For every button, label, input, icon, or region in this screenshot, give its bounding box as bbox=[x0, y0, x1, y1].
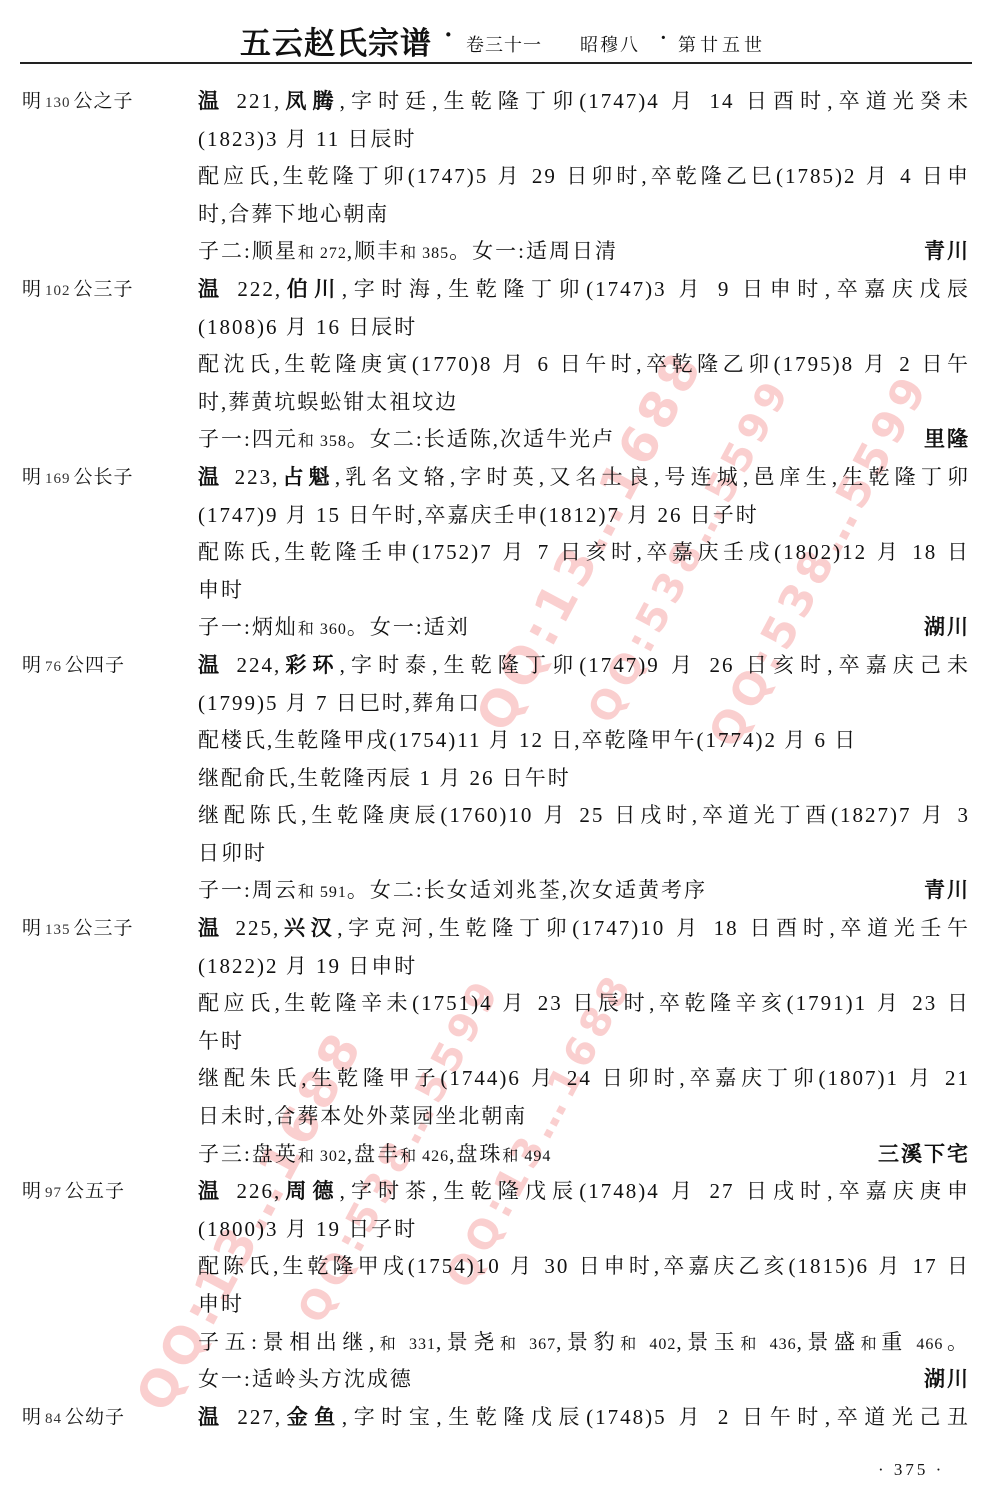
record-text: 子三:盘英和 302,盘丰和 426,盘珠和 494 bbox=[198, 1136, 551, 1176]
record-line: 子二:顺星和 272,顺丰和 385。女一:适周日清青川 bbox=[198, 233, 970, 271]
record-text: 配楼氏,生乾隆甲戌(1754)11 月 12 日,卒乾隆甲午(1774)2 月 … bbox=[198, 728, 857, 752]
record-line: 温 226,周德,字时茶,生乾隆戊辰(1748)4 月 27 日戌时,卒嘉庆庚申 bbox=[198, 1173, 970, 1211]
text-segment: ,顺丰 bbox=[347, 239, 400, 263]
text-segment: 配陈氏,生乾隆壬申(1752)7 月 7 日亥时,卒嘉庆壬戌(1802)12 月… bbox=[198, 540, 970, 564]
record-text: 温 221,凤腾,字时廷,生乾隆丁卯(1747)4 月 14 日酉时,卒道光癸未 bbox=[198, 89, 970, 113]
residence-location: 湖川 bbox=[924, 609, 970, 647]
text-segment: 子二:顺星 bbox=[198, 239, 298, 263]
record-text: 温 227,金鱼,字时宝,生乾隆戊辰(1748)5 月 2 日午时,卒道光己丑 bbox=[198, 1405, 970, 1429]
record-line: 配沈氏,生乾隆庚寅(1770)8 月 6 日午时,卒乾隆乙卯(1795)8 月 … bbox=[198, 346, 970, 384]
parent-label: 明102公三子 bbox=[22, 271, 134, 309]
parent-generation-char: 明 bbox=[22, 918, 42, 939]
text-segment: 221, bbox=[225, 89, 281, 113]
parent-number: 169 bbox=[45, 471, 71, 487]
descendant-number: 和 358 bbox=[298, 433, 347, 450]
residence-location: 三溪下宅 bbox=[878, 1136, 970, 1174]
record-line: 配应氏,生乾隆丁卯(1747)5 月 29 日卯时,卒乾隆乙巳(1785)2 月… bbox=[198, 158, 970, 196]
descendant-number: 和 402 bbox=[620, 1336, 676, 1353]
record-line: 女一:适岭头方沈成德湖川 bbox=[198, 1361, 970, 1399]
text-segment: ,景玉 bbox=[676, 1330, 740, 1354]
record-text: 子五:景相出继,和 331,景尧和 367,景豹和 402,景玉和 436,景盛… bbox=[198, 1330, 970, 1354]
person-name: 占魁 bbox=[279, 465, 335, 489]
record-text: 时,葬黄坑蜈蚣钳太祖坟边 bbox=[198, 390, 458, 414]
record-line: 子一:四元和 358。女二:长适陈,次适牛光卢里隆 bbox=[198, 421, 970, 459]
residence-location: 湖川 bbox=[924, 1361, 970, 1399]
text-segment: ,字时茶,生乾隆戊辰(1748)4 月 27 日戌时,卒嘉庆庚申 bbox=[340, 1179, 970, 1203]
text-segment: 。女一:适刘 bbox=[347, 615, 470, 639]
text-segment: 时,合葬下地心朝南 bbox=[198, 202, 389, 226]
record-line: (1800)3 月 19 日子时 bbox=[198, 1211, 970, 1249]
text-segment: (1799)5 月 7 日巳时,葬角口 bbox=[198, 691, 481, 715]
parent-generation-char: 明 bbox=[22, 1181, 42, 1202]
descendant-number: 和 385 bbox=[400, 245, 449, 262]
record-text: 配陈氏,生乾隆壬申(1752)7 月 7 日亥时,卒嘉庆壬戌(1802)12 月… bbox=[198, 540, 970, 564]
record-text: 配应氏,生乾隆辛未(1751)4 月 23 日辰时,卒乾隆辛亥(1791)1 月… bbox=[198, 991, 970, 1015]
record-text: 配陈氏,生乾隆甲戌(1754)10 月 30 日申时,卒嘉庆乙亥(1815)6 … bbox=[198, 1254, 970, 1278]
text-segment: 申时 bbox=[198, 1292, 244, 1316]
running-header: 五云赵氏宗谱 · 卷三十一 昭穆八 · 第廿五世 bbox=[0, 0, 992, 64]
record-text: 子一:周云和 591。女二:长女适刘兆荃,次女适黄考序 bbox=[198, 872, 707, 912]
record-text: (1800)3 月 19 日子时 bbox=[198, 1217, 417, 1241]
text-segment: (1747)9 月 15 日午时,卒嘉庆壬申(1812)7 月 26 日子时 bbox=[198, 503, 759, 527]
descendant-number: 和 367 bbox=[500, 1336, 556, 1353]
record-line: 继配俞氏,生乾隆丙辰 1 月 26 日午时 bbox=[198, 760, 970, 798]
text-segment: 226, bbox=[225, 1179, 281, 1203]
record-line: 温 222,伯川,字时海,生乾隆丁卯(1747)3 月 9 日申时,卒嘉庆戊辰 bbox=[198, 271, 970, 309]
text-segment: 223, bbox=[224, 465, 279, 489]
record-text: 配沈氏,生乾隆庚寅(1770)8 月 6 日午时,卒乾隆乙卯(1795)8 月 … bbox=[198, 352, 970, 376]
genealogy-entry: 明76公四子温 224,彩环,字时泰,生乾隆丁卯(1747)9 月 26 日亥时… bbox=[0, 647, 992, 910]
residence-location: 里隆 bbox=[924, 421, 970, 459]
text-segment: 配应氏,生乾隆辛未(1751)4 月 23 日辰时,卒乾隆辛亥(1791)1 月… bbox=[198, 991, 970, 1015]
record-text: 继配陈氏,生乾隆庚辰(1760)10 月 25 日戌时,卒道光丁酉(1827)7… bbox=[198, 803, 970, 827]
record-text: 子二:顺星和 272,顺丰和 385。女一:适周日清 bbox=[198, 233, 618, 273]
book-title: 五云赵氏宗谱 bbox=[240, 18, 432, 63]
person-name: 温 bbox=[198, 916, 225, 940]
text-segment: 日卯时 bbox=[198, 841, 267, 865]
text-segment: ,字时宝,生乾隆戊辰(1748)5 月 2 日午时,卒道光己丑 bbox=[342, 1405, 970, 1429]
record-text: 申时 bbox=[198, 578, 244, 602]
record-line: 时,葬黄坑蜈蚣钳太祖坟边 bbox=[198, 384, 970, 422]
record-text: 午时 bbox=[198, 1029, 244, 1053]
descendant-number: 466 bbox=[908, 1336, 944, 1353]
record-text: (1822)2 月 19 日申时 bbox=[198, 954, 417, 978]
parent-number: 102 bbox=[45, 283, 71, 299]
parent-relation: 公四子 bbox=[65, 655, 125, 676]
person-name: 彩环 bbox=[281, 653, 339, 677]
text-segment: (1800)3 月 19 日子时 bbox=[198, 1217, 417, 1241]
record-text: 配应氏,生乾隆丁卯(1747)5 月 29 日卯时,卒乾隆乙巳(1785)2 月… bbox=[198, 164, 970, 188]
person-name: 伯川 bbox=[282, 277, 342, 301]
parent-relation: 公之子 bbox=[74, 91, 134, 112]
record-line: 继配朱氏,生乾隆甲子(1744)6 月 24 日卯时,卒嘉庆丁卯(1807)1 … bbox=[198, 1060, 970, 1098]
parent-generation-char: 明 bbox=[22, 279, 42, 300]
text-segment: ,景豹 bbox=[556, 1330, 620, 1354]
record-line: 温 225,兴汉,字克河,生乾隆丁卯(1747)10 月 18 日酉时,卒道光壬… bbox=[198, 910, 970, 948]
parent-label: 明130公之子 bbox=[22, 83, 134, 121]
parent-label: 明76公四子 bbox=[22, 647, 125, 685]
text-segment: 时,葬黄坑蜈蚣钳太祖坟边 bbox=[198, 390, 458, 414]
page-number: · 375 · bbox=[878, 1460, 944, 1480]
parent-relation: 公三子 bbox=[74, 279, 134, 300]
text-segment: ,字时泰,生乾隆丁卯(1747)9 月 26 日亥时,卒嘉庆己未 bbox=[340, 653, 970, 677]
descendant-number: 和 360 bbox=[298, 621, 347, 638]
parent-number: 84 bbox=[45, 1411, 62, 1427]
text-segment: (1808)6 月 16 日辰时 bbox=[198, 315, 417, 339]
text-segment: ,景尧 bbox=[436, 1330, 500, 1354]
parent-relation: 公幼子 bbox=[65, 1407, 125, 1428]
text-segment: 子一:四元 bbox=[198, 427, 298, 451]
text-segment: 配陈氏,生乾隆甲戌(1754)10 月 30 日申时,卒嘉庆乙亥(1815)6 … bbox=[198, 1254, 970, 1278]
residence-location: 青川 bbox=[924, 872, 970, 910]
record-line: 时,合葬下地心朝南 bbox=[198, 196, 970, 234]
text-segment: ,盘丰 bbox=[347, 1142, 400, 1166]
person-name: 金鱼 bbox=[282, 1405, 342, 1429]
record-text: 温 224,彩环,字时泰,生乾隆丁卯(1747)9 月 26 日亥时,卒嘉庆己未 bbox=[198, 653, 970, 677]
section-label: 昭穆八 bbox=[580, 31, 640, 57]
parent-label: 明84公幼子 bbox=[22, 1399, 125, 1437]
person-name: 温 bbox=[198, 653, 225, 677]
record-text: 子一:炳灿和 360。女一:适刘 bbox=[198, 609, 470, 649]
descendant-number: 和 426 bbox=[400, 1148, 449, 1165]
text-segment: 222, bbox=[226, 277, 283, 301]
record-line: 配楼氏,生乾隆甲戌(1754)11 月 12 日,卒乾隆甲午(1774)2 月 … bbox=[198, 722, 970, 760]
record-line: 配陈氏,生乾隆壬申(1752)7 月 7 日亥时,卒嘉庆壬戌(1802)12 月… bbox=[198, 534, 970, 572]
record-line: 配陈氏,生乾隆甲戌(1754)10 月 30 日申时,卒嘉庆乙亥(1815)6 … bbox=[198, 1248, 970, 1286]
record-text: 子一:四元和 358。女二:长适陈,次适牛光卢 bbox=[198, 421, 615, 461]
record-line: 子三:盘英和 302,盘丰和 426,盘珠和 494三溪下宅 bbox=[198, 1136, 970, 1174]
record-text: 温 226,周德,字时茶,生乾隆戊辰(1748)4 月 27 日戌时,卒嘉庆庚申 bbox=[198, 1179, 970, 1203]
generation-label: 第廿五世 bbox=[678, 31, 766, 57]
text-segment: 继配陈氏,生乾隆庚辰(1760)10 月 25 日戌时,卒道光丁酉(1827)7… bbox=[198, 803, 970, 827]
record-line: 子五:景相出继,和 331,景尧和 367,景豹和 402,景玉和 436,景盛… bbox=[198, 1324, 970, 1362]
record-line: 午时 bbox=[198, 1023, 970, 1061]
person-name: 温 bbox=[198, 89, 225, 113]
person-name: 周德 bbox=[281, 1179, 339, 1203]
header-separator: · bbox=[444, 20, 453, 50]
person-name: 温 bbox=[198, 1405, 226, 1429]
parent-label: 明97公五子 bbox=[22, 1173, 125, 1211]
record-line: (1823)3 月 11 日辰时 bbox=[198, 121, 970, 159]
parent-generation-char: 明 bbox=[22, 1407, 42, 1428]
parent-number: 97 bbox=[45, 1185, 62, 1201]
text-segment: ,盘珠 bbox=[449, 1142, 502, 1166]
text-segment: 配应氏,生乾隆丁卯(1747)5 月 29 日卯时,卒乾隆乙巳(1785)2 月… bbox=[198, 164, 970, 188]
record-text: 温 222,伯川,字时海,生乾隆丁卯(1747)3 月 9 日申时,卒嘉庆戊辰 bbox=[198, 277, 970, 301]
person-name: 凤腾 bbox=[281, 89, 339, 113]
record-text: 女一:适岭头方沈成德 bbox=[198, 1361, 413, 1399]
record-line: 日卯时 bbox=[198, 835, 970, 873]
record-text: (1823)3 月 11 日辰时 bbox=[198, 127, 416, 151]
record-text: (1808)6 月 16 日辰时 bbox=[198, 315, 417, 339]
text-segment: 子一:周云 bbox=[198, 878, 298, 902]
text-segment: ,乳名文辂,字时英,又名士良,号连城,邑庠生,生乾隆丁卯 bbox=[335, 465, 970, 489]
parent-relation: 公五子 bbox=[65, 1181, 125, 1202]
text-segment: (1822)2 月 19 日申时 bbox=[198, 954, 417, 978]
parent-number: 130 bbox=[45, 95, 71, 111]
person-name: 温 bbox=[198, 465, 224, 489]
text-segment: 。女一:适周日清 bbox=[449, 239, 618, 263]
record-line: 日未时,合葬本处外菜园坐北朝南 bbox=[198, 1098, 970, 1136]
record-line: 申时 bbox=[198, 572, 970, 610]
record-line: 申时 bbox=[198, 1286, 970, 1324]
parent-relation: 公三子 bbox=[74, 918, 134, 939]
parent-generation-char: 明 bbox=[22, 91, 42, 112]
text-segment: 。女二:长适陈,次适牛光卢 bbox=[347, 427, 615, 451]
genealogy-entry: 明130公之子温 221,凤腾,字时廷,生乾隆丁卯(1747)4 月 14 日酉… bbox=[0, 83, 992, 271]
text-segment: 午时 bbox=[198, 1029, 244, 1053]
record-line: 温 224,彩环,字时泰,生乾隆丁卯(1747)9 月 26 日亥时,卒嘉庆己未 bbox=[198, 647, 970, 685]
person-name: 温 bbox=[198, 1179, 225, 1203]
text-segment: 日未时,合葬本处外菜园坐北朝南 bbox=[198, 1104, 527, 1128]
genealogy-entry: 明169公长子温 223,占魁,乳名文辂,字时英,又名士良,号连城,邑庠生,生乾… bbox=[0, 459, 992, 647]
parent-number: 76 bbox=[45, 659, 62, 675]
residence-location: 青川 bbox=[924, 233, 970, 271]
text-segment: 子五:景相出继, bbox=[198, 1330, 376, 1354]
descendant-number: 和 591 bbox=[298, 884, 347, 901]
text-segment: 继配俞氏,生乾隆丙辰 1 月 26 日午时 bbox=[198, 766, 571, 790]
text-segment: 重 bbox=[881, 1330, 908, 1354]
genealogy-entry: 明135公三子温 225,兴汉,字克河,生乾隆丁卯(1747)10 月 18 日… bbox=[0, 910, 992, 1173]
text-segment: 子三:盘英 bbox=[198, 1142, 298, 1166]
header-rule bbox=[20, 62, 972, 64]
text-segment: ,字时海,生乾隆丁卯(1747)3 月 9 日申时,卒嘉庆戊辰 bbox=[342, 277, 970, 301]
descendant-number: 和 436 bbox=[740, 1336, 796, 1353]
text-segment: 227, bbox=[226, 1405, 283, 1429]
record-line: 配应氏,生乾隆辛未(1751)4 月 23 日辰时,卒乾隆辛亥(1791)1 月… bbox=[198, 985, 970, 1023]
descendant-number: 和 302 bbox=[298, 1148, 347, 1165]
parent-label: 明135公三子 bbox=[22, 910, 134, 948]
text-segment: ,景盛 bbox=[797, 1330, 861, 1354]
text-segment: 。 bbox=[943, 1330, 970, 1354]
genealogy-entry: 明102公三子温 222,伯川,字时海,生乾隆丁卯(1747)3 月 9 日申时… bbox=[0, 271, 992, 459]
text-segment: 申时 bbox=[198, 578, 244, 602]
record-line: 继配陈氏,生乾隆庚辰(1760)10 月 25 日戌时,卒道光丁酉(1827)7… bbox=[198, 797, 970, 835]
parent-label: 明169公长子 bbox=[22, 459, 134, 497]
text-segment: 224, bbox=[225, 653, 281, 677]
record-text: 申时 bbox=[198, 1292, 244, 1316]
descendant-number: 和 bbox=[861, 1336, 882, 1353]
record-line: 子一:炳灿和 360。女一:适刘湖川 bbox=[198, 609, 970, 647]
parent-generation-char: 明 bbox=[22, 655, 42, 676]
record-line: 温 223,占魁,乳名文辂,字时英,又名士良,号连城,邑庠生,生乾隆丁卯 bbox=[198, 459, 970, 497]
parent-number: 135 bbox=[45, 922, 71, 938]
text-segment: 配沈氏,生乾隆庚寅(1770)8 月 6 日午时,卒乾隆乙卯(1795)8 月 … bbox=[198, 352, 970, 376]
record-line: 子一:周云和 591。女二:长女适刘兆荃,次女适黄考序青川 bbox=[198, 872, 970, 910]
genealogy-entry: 明97公五子温 226,周德,字时茶,生乾隆戊辰(1748)4 月 27 日戌时… bbox=[0, 1173, 992, 1399]
record-text: 日未时,合葬本处外菜园坐北朝南 bbox=[198, 1104, 527, 1128]
text-segment: (1823)3 月 11 日辰时 bbox=[198, 127, 416, 151]
descendant-number: 和 272 bbox=[298, 245, 347, 262]
record-line: (1808)6 月 16 日辰时 bbox=[198, 309, 970, 347]
record-text: (1799)5 月 7 日巳时,葬角口 bbox=[198, 691, 481, 715]
record-line: 温 221,凤腾,字时廷,生乾隆丁卯(1747)4 月 14 日酉时,卒道光癸未 bbox=[198, 83, 970, 121]
parent-relation: 公长子 bbox=[74, 467, 134, 488]
text-segment: 配楼氏,生乾隆甲戌(1754)11 月 12 日,卒乾隆甲午(1774)2 月 … bbox=[198, 728, 857, 752]
text-segment: ,字时廷,生乾隆丁卯(1747)4 月 14 日酉时,卒道光癸未 bbox=[340, 89, 970, 113]
parent-generation-char: 明 bbox=[22, 467, 42, 488]
descendant-number: 和 331 bbox=[376, 1336, 436, 1353]
record-text: 继配俞氏,生乾隆丙辰 1 月 26 日午时 bbox=[198, 766, 571, 790]
record-text: 温 225,兴汉,字克河,生乾隆丁卯(1747)10 月 18 日酉时,卒道光壬… bbox=[198, 916, 970, 940]
text-segment: ,字克河,生乾隆丁卯(1747)10 月 18 日酉时,卒道光壬午 bbox=[337, 916, 970, 940]
record-text: 日卯时 bbox=[198, 841, 267, 865]
record-text: 温 223,占魁,乳名文辂,字时英,又名士良,号连城,邑庠生,生乾隆丁卯 bbox=[198, 465, 970, 489]
text-segment: 。女二:长女适刘兆荃,次女适黄考序 bbox=[347, 878, 707, 902]
record-line: 温 227,金鱼,字时宝,生乾隆戊辰(1748)5 月 2 日午时,卒道光己丑 bbox=[198, 1399, 970, 1437]
header-separator: · bbox=[660, 27, 667, 50]
text-segment: 继配朱氏,生乾隆甲子(1744)6 月 24 日卯时,卒嘉庆丁卯(1807)1 … bbox=[198, 1066, 970, 1090]
text-segment: 子一:炳灿 bbox=[198, 615, 298, 639]
text-segment: 女一:适岭头方沈成德 bbox=[198, 1367, 413, 1391]
record-line: (1799)5 月 7 日巳时,葬角口 bbox=[198, 685, 970, 723]
record-line: (1747)9 月 15 日午时,卒嘉庆壬申(1812)7 月 26 日子时 bbox=[198, 497, 970, 535]
descendant-number: 和 494 bbox=[502, 1148, 551, 1165]
person-name: 温 bbox=[198, 277, 226, 301]
record-text: (1747)9 月 15 日午时,卒嘉庆壬申(1812)7 月 26 日子时 bbox=[198, 503, 759, 527]
record-text: 时,合葬下地心朝南 bbox=[198, 202, 389, 226]
text-segment: 225, bbox=[225, 916, 281, 940]
record-line: (1822)2 月 19 日申时 bbox=[198, 948, 970, 986]
person-name: 兴汉 bbox=[280, 916, 337, 940]
record-text: 继配朱氏,生乾隆甲子(1744)6 月 24 日卯时,卒嘉庆丁卯(1807)1 … bbox=[198, 1066, 970, 1090]
volume-label: 卷三十一 bbox=[466, 31, 542, 57]
genealogy-entry: 明84公幼子温 227,金鱼,字时宝,生乾隆戊辰(1748)5 月 2 日午时,… bbox=[0, 1399, 992, 1437]
genealogy-records: 明130公之子温 221,凤腾,字时廷,生乾隆丁卯(1747)4 月 14 日酉… bbox=[0, 83, 992, 1436]
